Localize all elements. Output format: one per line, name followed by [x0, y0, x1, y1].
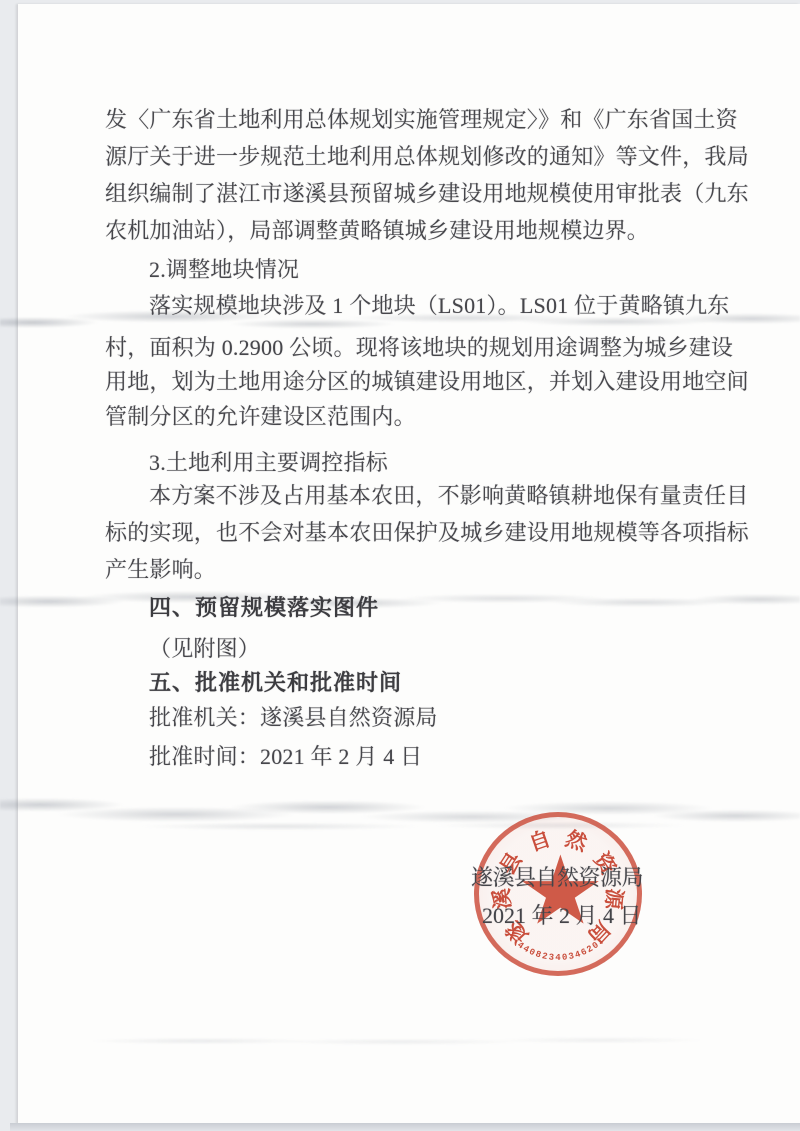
document-line: 源厅关于进一步规范土地利用总体规划修改的通知》等文件，我局 [105, 143, 749, 171]
document-line: 管制分区的允许建设区范围内。 [105, 403, 416, 431]
document-line: 标的实现，也不会对基本农田保护及城乡建设用地规模等各项指标 [105, 519, 749, 547]
document-line: 农机加油站），局部调整黄略镇城乡建设用地规模边界。 [105, 217, 649, 245]
document-heading: 四、预留规模落实图件 [105, 594, 379, 622]
document-line: 批准机关：遂溪县自然资源局 [105, 704, 438, 732]
document-line: 村，面积为 0.2900 公顷。现将该地块的规划用途调整为城乡建设 [105, 334, 733, 362]
document-subheading: 2.调整地块情况 [105, 256, 299, 284]
document-subheading: 3.土地利用主要调控指标 [105, 449, 388, 477]
document-line: 落实规模地块涉及 1 个地块（LS01）。LS01 位于黄略镇九东 [105, 292, 729, 320]
document-line: 组织编制了湛江市遂溪县预留城乡建设用地规模使用审批表（九东 [105, 180, 749, 208]
official-seal: 遂溪县自然资源局 4408234034620 [474, 812, 642, 976]
document-heading: 五、批准机关和批准时间 [105, 669, 402, 697]
document-line: 批准时间：2021 年 2 月 4 日 [105, 743, 422, 771]
document-line: 用地，划为土地用途分区的城镇建设用地区，并划入建设用地空间 [105, 368, 749, 396]
signature-date: 2021 年 2 月 4 日 [482, 899, 642, 930]
document-line: 产生影响。 [105, 556, 216, 584]
document-line: 本方案不涉及占用基本农田，不影响黄略镇耕地保有量责任目 [105, 482, 748, 510]
document-line: 发〈广东省土地利用总体规划实施管理规定〉》和《广东省国土资 [105, 106, 738, 134]
signature-organization: 遂溪县自然资源局 [471, 861, 643, 892]
document-line: （见附图） [105, 635, 260, 663]
scanned-document-page: 发〈广东省土地利用总体规划实施管理规定〉》和《广东省国土资 源厅关于进一步规范土… [0, 0, 800, 1131]
scan-bottom-edge [10, 1123, 800, 1131]
